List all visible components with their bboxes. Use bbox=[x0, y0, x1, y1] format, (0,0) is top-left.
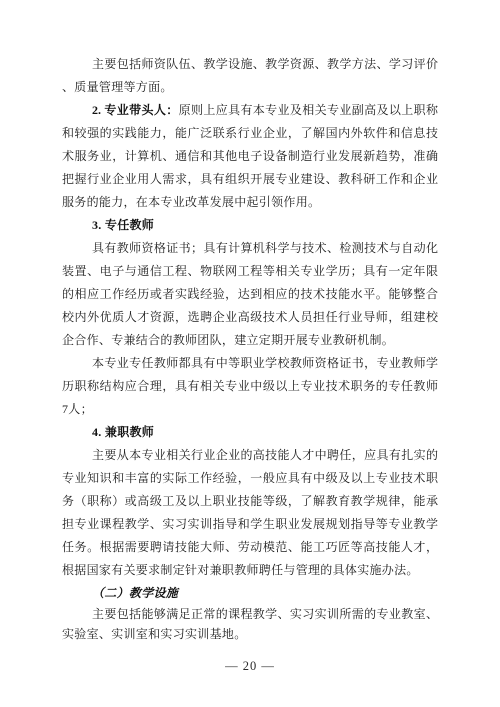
text-line: 2. 专业带头人：原则上应具有本专业及相关专业副高及以上职称 bbox=[62, 99, 438, 122]
text-line: 实验室、实训室和实习实训基地。 bbox=[62, 624, 438, 644]
section-heading: （二）教学设施 bbox=[62, 582, 438, 604]
document-body: 主要包括师资队伍、教学设施、教学资源、教学方法、学习评价、质量管理等方面。2. … bbox=[62, 53, 438, 644]
text-line: 术服务业，计算机、通信和其他电子设备制造行业发展新趋势，准确 bbox=[62, 145, 438, 168]
text-line: 企合作、专兼结合的教师团队，建立定期开展专业教研机制。 bbox=[62, 329, 438, 352]
section-heading: 3. 专任教师 bbox=[62, 214, 438, 237]
page-number: — 20 — bbox=[0, 659, 500, 674]
text-line: 担专业课程教学、实习实训指导和学生职业发展规划指导等专业教学 bbox=[62, 513, 438, 536]
text-line: 的相应工作经历或者实践经验，达到相应的技术技能水平。能够整合 bbox=[62, 283, 438, 306]
text-line: 任务。根据需要聘请技能大师、劳动模范、能工巧匠等高技能人才， bbox=[62, 536, 438, 559]
text-line: 具有教师资格证书；具有计算机科学与技术、检测技术与自动化 bbox=[62, 237, 438, 260]
text-line: 主要从本专业相关行业企业的高技能人才中聘任，应具有扎实的 bbox=[62, 444, 438, 467]
text-line: 装置、电子与通信工程、物联网工程等相关专业学历；具有一定年限 bbox=[62, 260, 438, 283]
text-line: 、质量管理等方面。 bbox=[62, 76, 438, 99]
text-line: 主要包括能够满足正常的课程教学、实习实训所需的专业教室、 bbox=[62, 604, 438, 624]
text-line: 把握行业企业用人需求，具有组织开展专业建设、教科研工作和企业 bbox=[62, 168, 438, 191]
text-line: 历职称结构应合理，具有相关专业中级以上专业技术职务的专任教师 bbox=[62, 375, 438, 398]
text-line: 专业知识和丰富的实际工作经验，一般应具有中级及以上专业技术职 bbox=[62, 467, 438, 490]
text-line: 和较强的实践能力，能广泛联系行业企业，了解国内外软件和信息技 bbox=[62, 122, 438, 145]
text-line: 主要包括师资队伍、教学设施、教学资源、教学方法、学习评价 bbox=[62, 53, 438, 76]
document-page: 主要包括师资队伍、教学设施、教学资源、教学方法、学习评价、质量管理等方面。2. … bbox=[0, 0, 500, 707]
text-line: 7人； bbox=[62, 398, 438, 421]
text-line: 服务的能力，在本专业改革发展中起引领作用。 bbox=[62, 191, 438, 214]
text-line: 务（职称）或高级工及以上职业技能等级，了解教育教学规律，能承 bbox=[62, 490, 438, 513]
text-line: 根据国家有关要求制定针对兼职教师聘任与管理的具体实施办法。 bbox=[62, 559, 438, 582]
text-line: 本专业专任教师都具有中等职业学校教师资格证书，专业教师学 bbox=[62, 352, 438, 375]
text-line: 校内外优质人才资源，选聘企业高级技术人员担任行业导师，组建校 bbox=[62, 306, 438, 329]
section-heading: 4. 兼职教师 bbox=[62, 421, 438, 444]
inline-heading-run: 2. 专业带头人： bbox=[92, 103, 179, 117]
